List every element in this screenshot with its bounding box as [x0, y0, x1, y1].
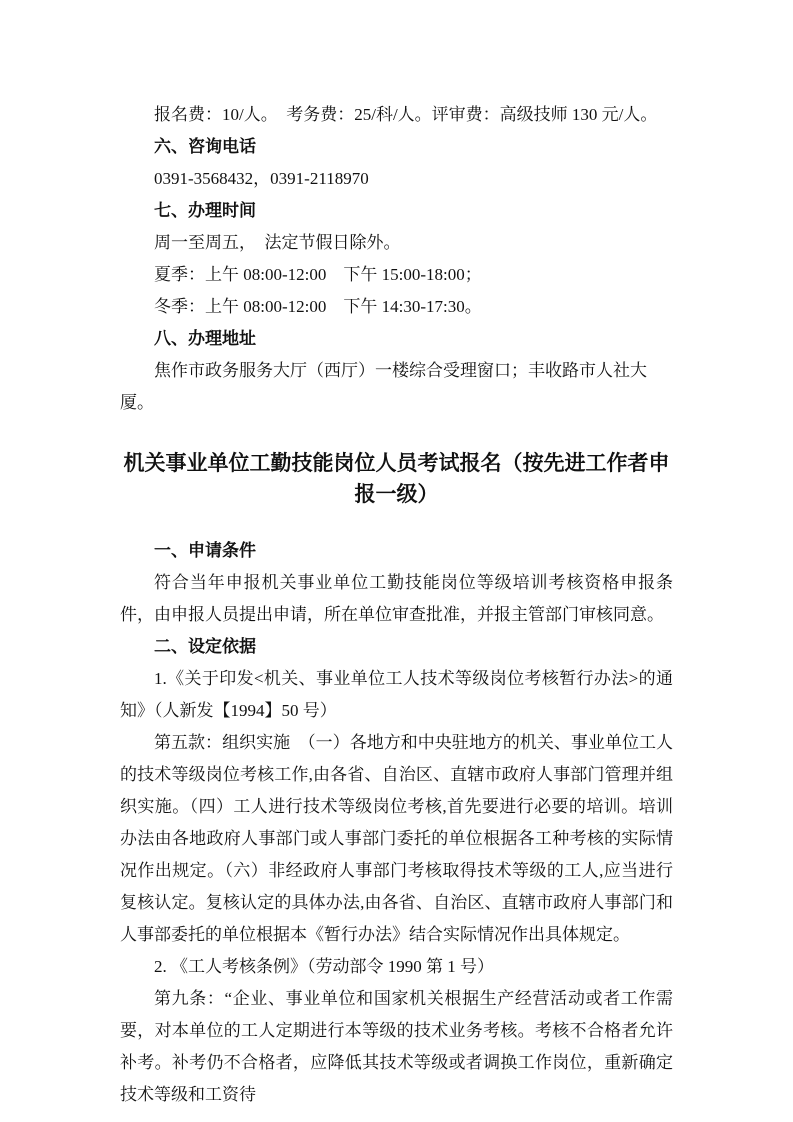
heading-consult-phone: 六、咨询电话 — [120, 131, 673, 163]
heading-office-hours: 七、办理时间 — [120, 195, 673, 227]
apply-conditions-paragraph: 符合当年申报机关事业单位工勤技能岗位等级培训考核资格申报条件，由申报人员提出申请… — [120, 567, 673, 631]
basis-item2-title: 2. 《工人考核条例》（劳动部令 1990 第 1 号） — [120, 951, 673, 983]
phone-numbers: 0391-3568432，0391-2118970 — [120, 163, 673, 195]
basis-item1-title: 1.《关于印发<机关、事业单位工人技术等级岗位考核暂行办法>的通知》（人新发【1… — [120, 663, 673, 727]
basis-item1-detail: 第五款：组织实施 （一）各地方和中央驻地方的机关、事业单位工人的技术等级岗位考核… — [120, 727, 673, 951]
heading-office-address: 八、办理地址 — [120, 323, 673, 355]
fees-line: 报名费：10/人。 考务费：25/科/人。评审费：高级技师 130 元/人。 — [120, 99, 673, 131]
document-page: 报名费：10/人。 考务费：25/科/人。评审费：高级技师 130 元/人。 六… — [0, 0, 793, 1122]
heading-apply-conditions: 一、申请条件 — [120, 535, 673, 567]
heading-setting-basis: 二、设定依据 — [120, 631, 673, 663]
winter-hours-line: 冬季：上午 08:00-12:00 下午 14:30-17:30。 — [120, 291, 673, 323]
workdays-line: 周一至周五， 法定节假日除外。 — [120, 227, 673, 259]
summer-hours-line: 夏季：上午 08:00-12:00 下午 15:00-18:00； — [120, 259, 673, 291]
office-address-line: 焦作市政务服务大厅（西厅）一楼综合受理窗口；丰收路市人社大厦。 — [120, 355, 673, 419]
page-title: 机关事业单位工勤技能岗位人员考试报名（按先进工作者申报一级） — [120, 448, 673, 510]
basis-item2-detail: 第九条：“企业、事业单位和国家机关根据生产经营活动或者工作需要，对本单位的工人定… — [120, 983, 673, 1111]
